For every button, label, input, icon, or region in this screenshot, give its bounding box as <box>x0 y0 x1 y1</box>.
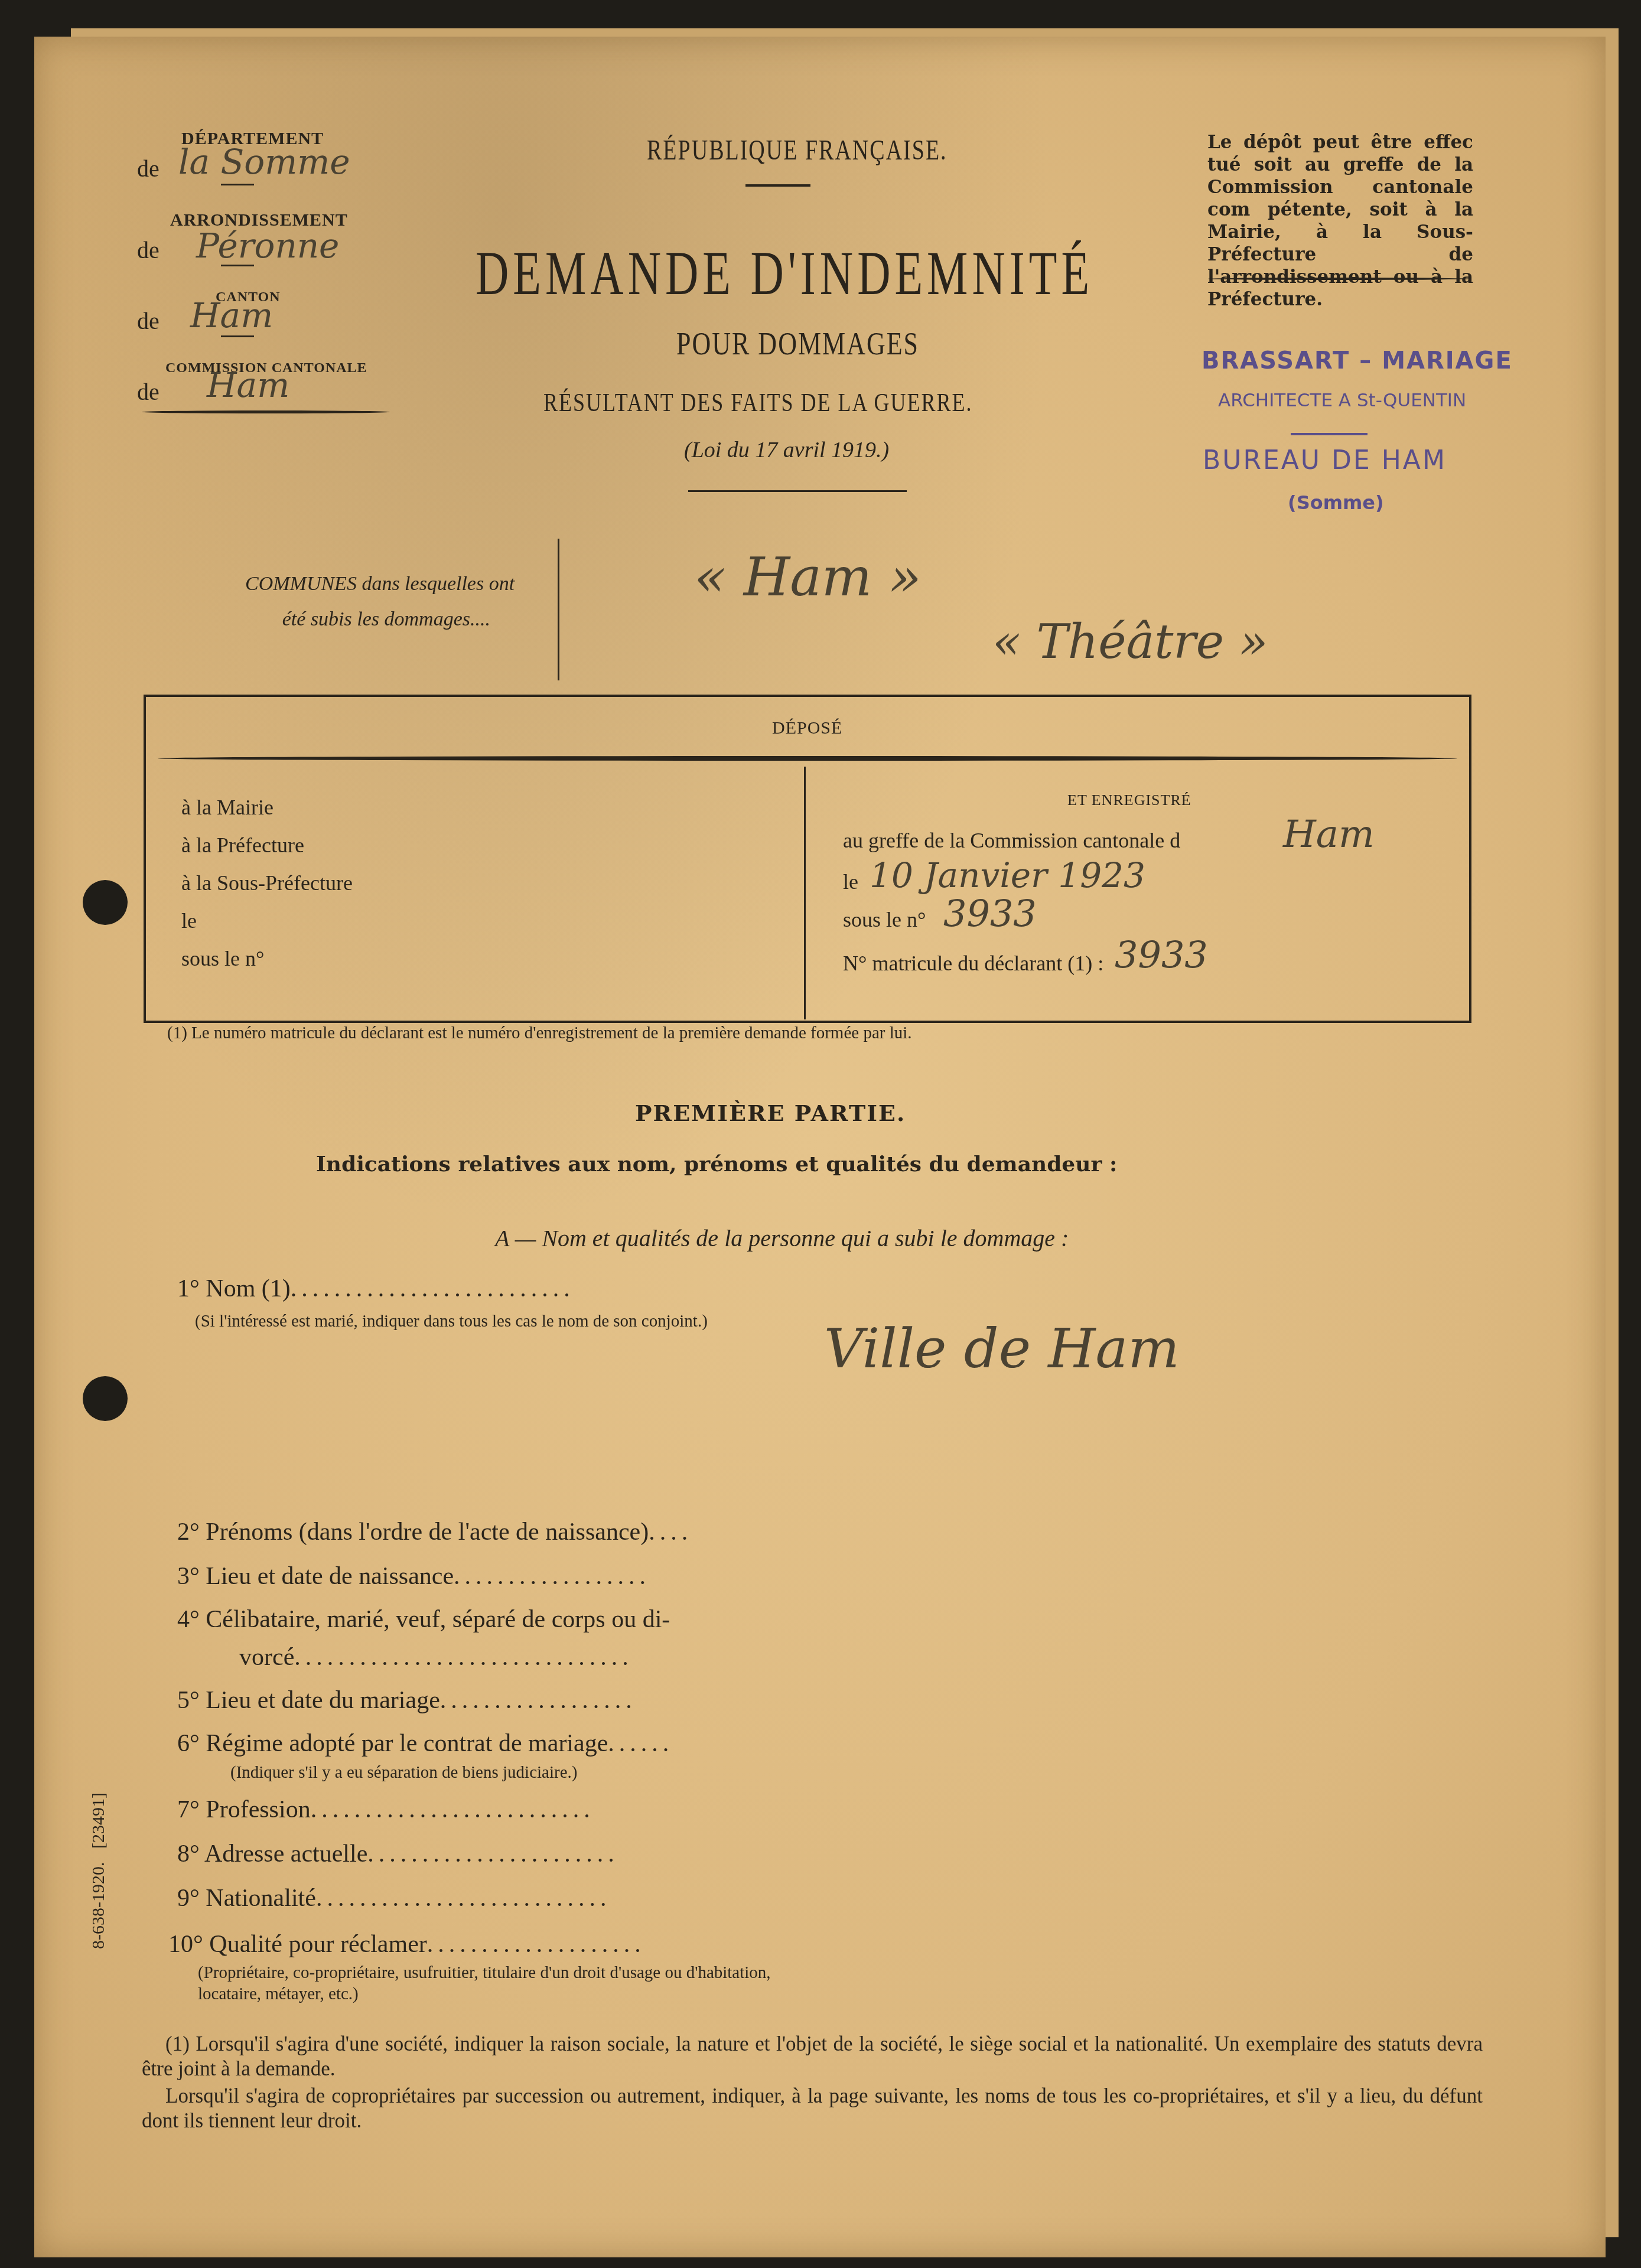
depose-date-label: le <box>181 908 353 946</box>
title-sub2: RÉSULTANT DES FAITS DE LA GUERRE. <box>543 387 973 418</box>
field-label: Régime adopté par le contrat de mariage <box>206 1730 608 1757</box>
dot-leader: ............................... <box>294 1644 633 1671</box>
field-lieu-naissance: 3° Lieu et date de naissance............… <box>177 1562 650 1591</box>
field-number: 3° <box>177 1563 200 1590</box>
field-number: 6° <box>177 1730 200 1757</box>
loi-reference: (Loi du 17 avril 1919.) <box>684 437 889 463</box>
numero-value: 3933 <box>943 892 1037 935</box>
divider <box>688 490 907 492</box>
divider <box>221 184 254 185</box>
field-profession: 7° Profession.......................... <box>177 1795 595 1824</box>
stamp-divider <box>1291 433 1367 435</box>
dot-leader: ....................... <box>367 1840 619 1868</box>
date-value: 10 Janvier 1923 <box>870 855 1145 895</box>
numero-label: sous le n° <box>843 907 926 932</box>
commune-value-2: « Théâtre » <box>992 614 1268 669</box>
field-number: 1° <box>177 1275 200 1302</box>
box-footnote: (1) Le numéro matricule du déclarant est… <box>167 1024 912 1043</box>
field-etat-civil: 4° Célibataire, marié, veuf, séparé de c… <box>177 1605 670 1634</box>
field-nationalite: 9° Nationalité..........................… <box>177 1884 611 1912</box>
field-regime: 6° Régime adopté par le contrat de maria… <box>177 1729 673 1758</box>
field-number: 8° <box>177 1840 200 1868</box>
stamp-line1: BRASSART – MARIAGE <box>1202 347 1513 374</box>
printer-mark: 8-638-1920. [23491] <box>89 1793 109 1949</box>
date-label: le <box>843 869 858 894</box>
divider <box>158 756 1457 761</box>
matricule-value: 3933 <box>1115 933 1208 976</box>
republique-francaise: RÉPUBLIQUE FRANÇAISE. <box>647 133 948 167</box>
stamp-line2: ARCHITECTE A St-QUENTIN <box>1218 390 1466 411</box>
field-number: 5° <box>177 1687 200 1714</box>
depose-option: à la Préfecture <box>181 833 353 871</box>
dot-leader: .......................... <box>291 1275 575 1302</box>
field-number: 4° <box>177 1606 200 1633</box>
field-label: Adresse actuelle <box>204 1840 367 1868</box>
depose-left-list: à la Mairie à la Préfecture à la Sous-Pr… <box>181 795 353 984</box>
depose-option: à la Mairie <box>181 795 353 833</box>
dot-leader: .... <box>649 1518 692 1546</box>
dot-leader: .................. <box>440 1687 637 1714</box>
field-adresse: 8° Adresse actuelle.....................… <box>177 1840 619 1868</box>
field-label: Nationalité <box>206 1885 316 1912</box>
brace <box>558 539 559 680</box>
depose-box: DÉPOSÉ à la Mairie à la Préfecture à la … <box>144 695 1471 1023</box>
arrondissement-value: Péronne <box>196 226 339 266</box>
title-sub1: POUR DOMMAGES <box>676 325 919 363</box>
field-label: Qualité pour réclamer <box>209 1931 426 1958</box>
field-nom-value: Ville de Ham <box>824 1317 1180 1380</box>
field-nom: 1° Nom (1).......................... <box>177 1275 575 1303</box>
canton-prefix: de <box>137 307 159 335</box>
footnote-coproprietaires: Lorsqu'il s'agira de copropriétaires par… <box>142 2084 1483 2133</box>
field-number: 7° <box>177 1796 200 1823</box>
field-label: Célibataire, marié, veuf, séparé de corp… <box>206 1606 670 1633</box>
commission-prefix: de <box>137 378 159 406</box>
field-qualite-note: (Propriétaire, co-propriétaire, usufruit… <box>198 1962 812 2005</box>
communes-label-2: été subis les dommages.... <box>236 608 490 631</box>
field-label: Lieu et date du mariage <box>206 1687 439 1714</box>
section-title: PREMIÈRE PARTIE. <box>635 1100 906 1126</box>
canton-value: Ham <box>190 295 273 335</box>
enregistre-header: ET ENREGISTRÉ <box>1067 791 1191 809</box>
ornament-divider <box>745 184 810 187</box>
departement-prefix: de <box>137 155 159 183</box>
field-label: Lieu et date de naissance <box>206 1563 454 1590</box>
divider <box>1208 278 1471 280</box>
commune-value-1: « Ham » <box>694 546 922 608</box>
field-number: 2° <box>177 1518 200 1546</box>
dot-leader: ........................... <box>316 1885 611 1912</box>
stamp-line4: (Somme) <box>1288 491 1384 514</box>
footnote-societe: (1) Lorsqu'il s'agira d'une société, ind… <box>142 2032 1483 2081</box>
matricule-label: N° matricule du déclarant (1) : <box>843 951 1103 976</box>
commission-value: Ham <box>207 365 289 405</box>
deposit-note: Le dépôt peut être effec tué soit au gre… <box>1207 131 1473 311</box>
field-label: Prénoms (dans l'ordre de l'acte de naiss… <box>206 1518 649 1546</box>
page-title: DEMANDE D'INDEMNITÉ <box>476 237 1093 309</box>
stamp-line3: BUREAU DE HAM <box>1203 445 1447 475</box>
arrondissement-prefix: de <box>137 236 159 264</box>
field-number: 10° <box>168 1931 203 1958</box>
field-label: Profession <box>206 1796 310 1823</box>
punch-hole <box>83 880 128 925</box>
depose-header: DÉPOSÉ <box>772 718 842 738</box>
field-regime-note: (Indiquer s'il y a eu séparation de bien… <box>230 1763 577 1783</box>
dot-leader: .................... <box>427 1931 646 1958</box>
section-a-heading: A — Nom et qualités de la personne qui a… <box>495 1224 1069 1252</box>
field-qualite: 10° Qualité pour réclamer...............… <box>168 1930 646 1959</box>
column-divider <box>804 767 806 1019</box>
divider <box>221 265 254 266</box>
depose-numero-label: sous le n° <box>181 946 353 984</box>
field-number: 9° <box>177 1885 200 1912</box>
greffe-label: au greffe de la Commission cantonale d <box>843 828 1180 853</box>
communes-label-1: COMMUNES dans lesquelles ont <box>245 573 515 595</box>
field-label: Nom (1) <box>206 1275 290 1302</box>
punch-hole <box>83 1376 128 1421</box>
divider <box>221 335 254 337</box>
field-label: vorcé <box>239 1644 294 1671</box>
dot-leader: .................. <box>454 1563 650 1590</box>
dot-leader: .......................... <box>311 1796 595 1823</box>
depose-option: à la Sous-Préfecture <box>181 871 353 908</box>
dot-leader: ...... <box>608 1730 673 1757</box>
field-nom-note: (Si l'intéressé est marié, indiquer dans… <box>195 1310 780 1332</box>
section-subtitle: Indications relatives aux nom, prénoms e… <box>316 1152 1117 1177</box>
greffe-value: Ham <box>1283 813 1375 856</box>
field-prenoms: 2° Prénoms (dans l'ordre de l'acte de na… <box>177 1518 692 1546</box>
divider <box>142 410 390 413</box>
field-etat-civil-cont: vorcé............................... <box>239 1643 633 1671</box>
field-mariage: 5° Lieu et date du mariage..............… <box>177 1686 637 1715</box>
departement-value: la Somme <box>178 142 350 182</box>
